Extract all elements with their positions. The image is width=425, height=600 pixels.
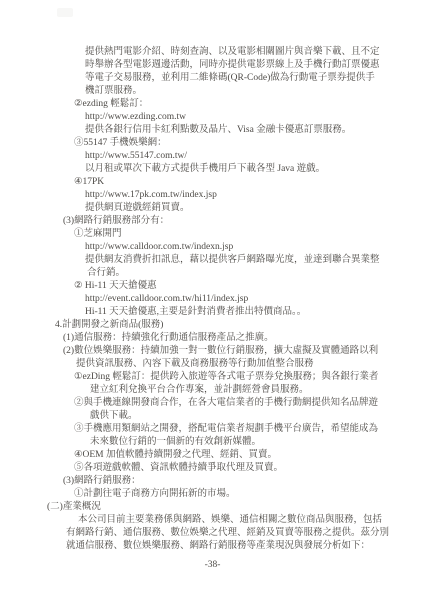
text-line: 以月租或單次下載方式提供手機用戶下載各型 Java 遊戲。 bbox=[85, 163, 425, 176]
list-item-circled: ④17PK bbox=[74, 176, 425, 189]
list-item-circled: ①芝麻開門 bbox=[74, 228, 425, 241]
text-line: 提供網友消費折扣訊息，藉以提供客戶網路曝光度，並達到聯合異業整 bbox=[85, 254, 425, 267]
list-item-paren: (3)網路行銷服務： bbox=[63, 475, 425, 488]
page-number: -38- bbox=[0, 559, 425, 572]
list-item-circled: ①計劃往電子商務方向開拓新的市場。 bbox=[74, 488, 425, 501]
list-item-paren: (2)數位娛樂服務：持續加強一對一數位行銷服務，擴大虛擬及實體通路以利 bbox=[63, 345, 425, 358]
text-line: 建立紅利兌換平台合作專案，並計劃經營會員服務。 bbox=[90, 384, 425, 397]
text-line: 提供各銀行信用卡紅利點數及晶片、Visa 金融卡優惠訂票服務。 bbox=[85, 124, 425, 137]
url-text: http://www.55147.com.tw/ bbox=[85, 150, 425, 163]
text-line: 本公司目前主要業務係與網路、娛樂、通信相關之數位商品與服務，包括 bbox=[78, 514, 425, 527]
url-text: http://www.17pk.com.tw/index.jsp bbox=[85, 189, 425, 202]
list-item-circled: ②與手機連線開發商合作，在各大電信業者的手機行動網提供知名品牌遊 bbox=[74, 397, 425, 410]
list-item-circled: ③手機應用類網站之開發，搭配電信業者規劃手機平台廣告，希望能成為 bbox=[74, 423, 425, 436]
list-item-circled: ①ezDing 輕鬆訂：提供跨入旅遊等各式電子票券兌換服務；與各銀行業者 bbox=[74, 371, 425, 384]
list-item-paren: (3)網路行銷服務部分有： bbox=[63, 215, 425, 228]
url-text: http://www.calldoor.com.tw/indexn.jsp bbox=[85, 241, 425, 254]
list-item-circled: ④OEM 加值軟體持續開發之代理、經銷、買賣。 bbox=[74, 449, 425, 462]
text-line: 就通信服務、數位娛樂服務、網路行銷服務等產業現況與發展分析如下： bbox=[66, 540, 425, 553]
text-line: 機訂票服務。 bbox=[85, 85, 425, 98]
text-line: Hi-11 天天搶優惠,主要是針對消費者推出特價商品。。 bbox=[85, 306, 425, 319]
list-item-circled: ③55147 手機娛樂網： bbox=[74, 137, 425, 150]
text-line: 戲供下載。 bbox=[90, 410, 425, 423]
list-item-circled: ② Hi-11 天天搶優惠 bbox=[74, 280, 425, 293]
text-line: 提供網頁遊戲經銷買賣。 bbox=[85, 202, 425, 215]
text-line: 提供資訊服務、內容下載及商務服務等行動加值整合服務 bbox=[76, 358, 425, 371]
section-heading: (二)產業概況 bbox=[47, 501, 425, 514]
text-line: 時舉辦各型電影週邊活動，同時亦提供電影票線上及手機行動訂票優惠 bbox=[85, 59, 425, 72]
scan-artifact bbox=[57, 8, 73, 17]
url-text: http://event.calldoor.com.tw/hi11/index.… bbox=[85, 293, 425, 306]
list-item-circled: ②ezding 輕鬆訂： bbox=[74, 98, 425, 111]
text-line: 合行銷。 bbox=[87, 267, 425, 280]
document-page: 提供熱門電影介紹、時刻查詢、以及電影相關圖片與音樂下載、且不定 時舉辦各型電影週… bbox=[0, 0, 425, 600]
text-line: 有網路行銷、通信服務、數位娛樂之代理、經銷及買賣等服務之提供。茲分別 bbox=[66, 527, 425, 540]
list-item-circled: ⑤各項遊戲軟體、資訊軟體持續爭取代理及買賣。 bbox=[74, 462, 425, 475]
text-line: 等電子交易服務，並利用二維條碼(QR-Code)做為行動電子票券提供手 bbox=[85, 72, 425, 85]
list-item-paren: (1)通信服務：持續強化行動通信服務產品之推廣。 bbox=[63, 332, 425, 345]
list-item-numbered: 4.計劃開發之新商品(服務) bbox=[55, 319, 425, 332]
url-text: http://www.ezding.com.tw bbox=[85, 111, 425, 124]
text-line: 未來數位行銷的一個新的有效創新媒體。 bbox=[90, 436, 425, 449]
text-line: 提供熱門電影介紹、時刻查詢、以及電影相關圖片與音樂下載、且不定 bbox=[85, 46, 425, 59]
document-body: 提供熱門電影介紹、時刻查詢、以及電影相關圖片與音樂下載、且不定 時舉辦各型電影週… bbox=[0, 46, 425, 572]
